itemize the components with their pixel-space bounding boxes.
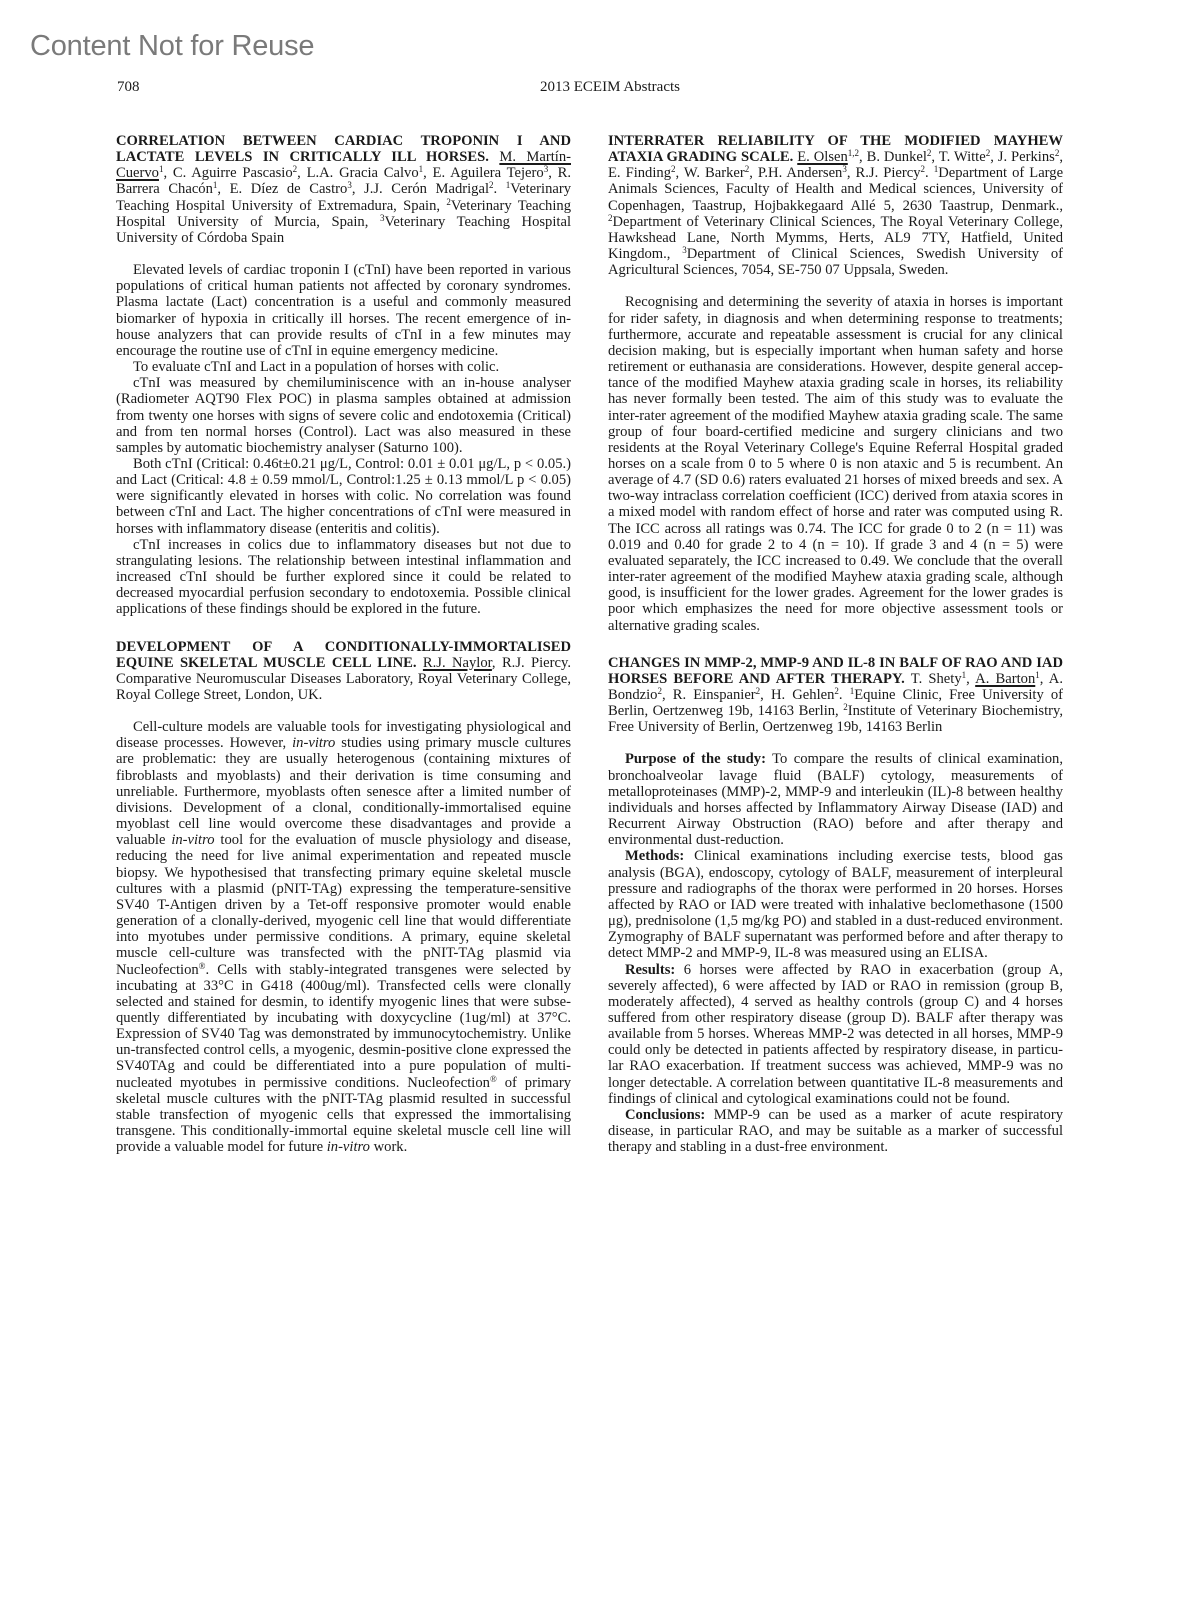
coauthor: T. Witte [939,149,986,165]
body-paragraph: cTnI increases in colics due to inflamma… [116,537,571,618]
abstract-header: INTERRATER RELIABILITY OF THE MODIFIED M… [608,133,1063,278]
italic-term: in-vitro [292,735,335,751]
author-superscript: 3 [347,180,352,190]
body-paragraph: Both cTnI (Critical: 0.46t±0.21 μg/L, Co… [116,456,571,537]
purpose-section: Purpose of the study: To compare the res… [608,751,1063,848]
section-label: Purpose of the study: [625,751,766,767]
left-column: CORRELATION BETWEEN CARDIAC TROPONIN I A… [116,133,571,1176]
abstract-header: DEVELOPMENT OF A CONDITIONALLY-IMMORTALI… [116,639,571,704]
author-superscript: 2 [834,686,839,696]
coauthor: C. Aguirre Pascasio [173,165,293,181]
section-label: Conclusions: [625,1107,705,1123]
section-text: Clinical examinations including exercise… [608,848,1063,961]
body-text: tool for the evaluation of muscle physio… [116,832,571,977]
author-superscript: 1 [1035,670,1040,680]
abstract-header: CORRELATION BETWEEN CARDIAC TROPONIN I A… [116,133,571,246]
methods-section: Methods: Clinical examinations including… [608,848,1063,961]
registered-mark: ® [490,1074,497,1084]
coauthor: L.A. Gracia Calvo [307,165,419,181]
conclusions-section: Conclusions: MMP-9 can be used as a mark… [608,1107,1063,1155]
coauthor: E. Díez de Castro [230,181,348,197]
author-superscript: 3 [544,164,549,174]
section-text: 6 horses were affected by RAO in exacerb… [608,962,1063,1107]
abstract-troponin-lactate: CORRELATION BETWEEN CARDIAC TROPONIN I A… [116,133,571,618]
author-superscript: 2 [756,686,761,696]
author-superscript: 1 [159,164,164,174]
coauthor: J. Perkins [998,149,1055,165]
presenting-author: R.J. Naylor [423,655,492,671]
coauthor: E. Aguilera Tejero [433,165,544,181]
author-superscript: 1 [419,164,424,174]
body-paragraph: Cell-culture models are valuable tools f… [116,719,571,1155]
coauthor: R.J. Piercy. [502,655,571,671]
body-paragraph: Elevated levels of cardiac troponin I (c… [116,262,571,359]
coauthor: R.J. Piercy [856,165,921,181]
affiliation: Department of Clinical Sciences, Swedish… [608,246,1063,278]
author-superscript: 2 [745,164,750,174]
journal-title: 2013 ECEIM Abstracts [117,79,1069,96]
author-superscript: 2 [489,180,494,190]
body-paragraph: cTnI was measured by chemiluminiscence w… [116,375,571,456]
section-label: Methods: [625,848,684,864]
author-superscript: 2 [986,148,991,158]
watermark: Content Not for Reuse [30,30,314,63]
coauthor: E. Finding [608,165,671,181]
abstract-muscle-cell-line: DEVELOPMENT OF A CONDITIONALLY-IMMORTALI… [116,639,571,1156]
presenting-author: A. Barton [975,671,1035,687]
abstract-mmp-balf: CHANGES IN MMP-2, MMP-9 AND IL-8 IN BALF… [608,655,1063,1156]
coauthor: P.H. Andersen [758,165,842,181]
results-section: Results: 6 horses were affected by RAO i… [608,962,1063,1107]
author-superscript: 1,2 [848,148,859,158]
abstract-header: CHANGES IN MMP-2, MMP-9 AND IL-8 IN BALF… [608,655,1063,736]
registered-mark: ® [199,961,206,971]
coauthor: W. Barker [684,165,745,181]
coauthor: J.J. Cerón Madrigal [364,181,489,197]
italic-term: in-vitro [171,832,214,848]
body-text: . Cells with stably-integrated transgene… [116,962,571,1091]
section-label: Results: [625,962,675,978]
coauthor: B. Dunkel [867,149,927,165]
presenting-author: E. Olsen [797,149,848,165]
coauthor: H. Gehlen [771,687,834,703]
author-superscript: 2 [927,148,932,158]
abstract-ataxia-scale: INTERRATER RELIABILITY OF THE MODIFIED M… [608,133,1063,634]
author-superscript: 3 [842,164,847,174]
body-paragraph: Recognising and determining the severity… [608,294,1063,633]
author-superscript: 2 [671,164,676,174]
body-paragraph: To evaluate cTnI and Lact in a populatio… [116,359,571,375]
coauthor: R. Einspanier [673,687,756,703]
author-superscript: 1 [213,180,218,190]
author-superscript: 2 [1055,148,1060,158]
right-column: INTERRATER RELIABILITY OF THE MODIFIED M… [608,133,1063,1176]
author-superscript: 1 [962,670,967,680]
body-text: work. [370,1139,407,1155]
italic-term: in-vitro [327,1139,370,1155]
author-superscript: 2 [657,686,662,696]
affiliation: Comparative Neuromuscular Diseases Labor… [116,671,571,703]
author-superscript: 2 [293,164,298,174]
coauthor: T. Shety [911,671,962,687]
author-superscript: 2 [921,164,926,174]
